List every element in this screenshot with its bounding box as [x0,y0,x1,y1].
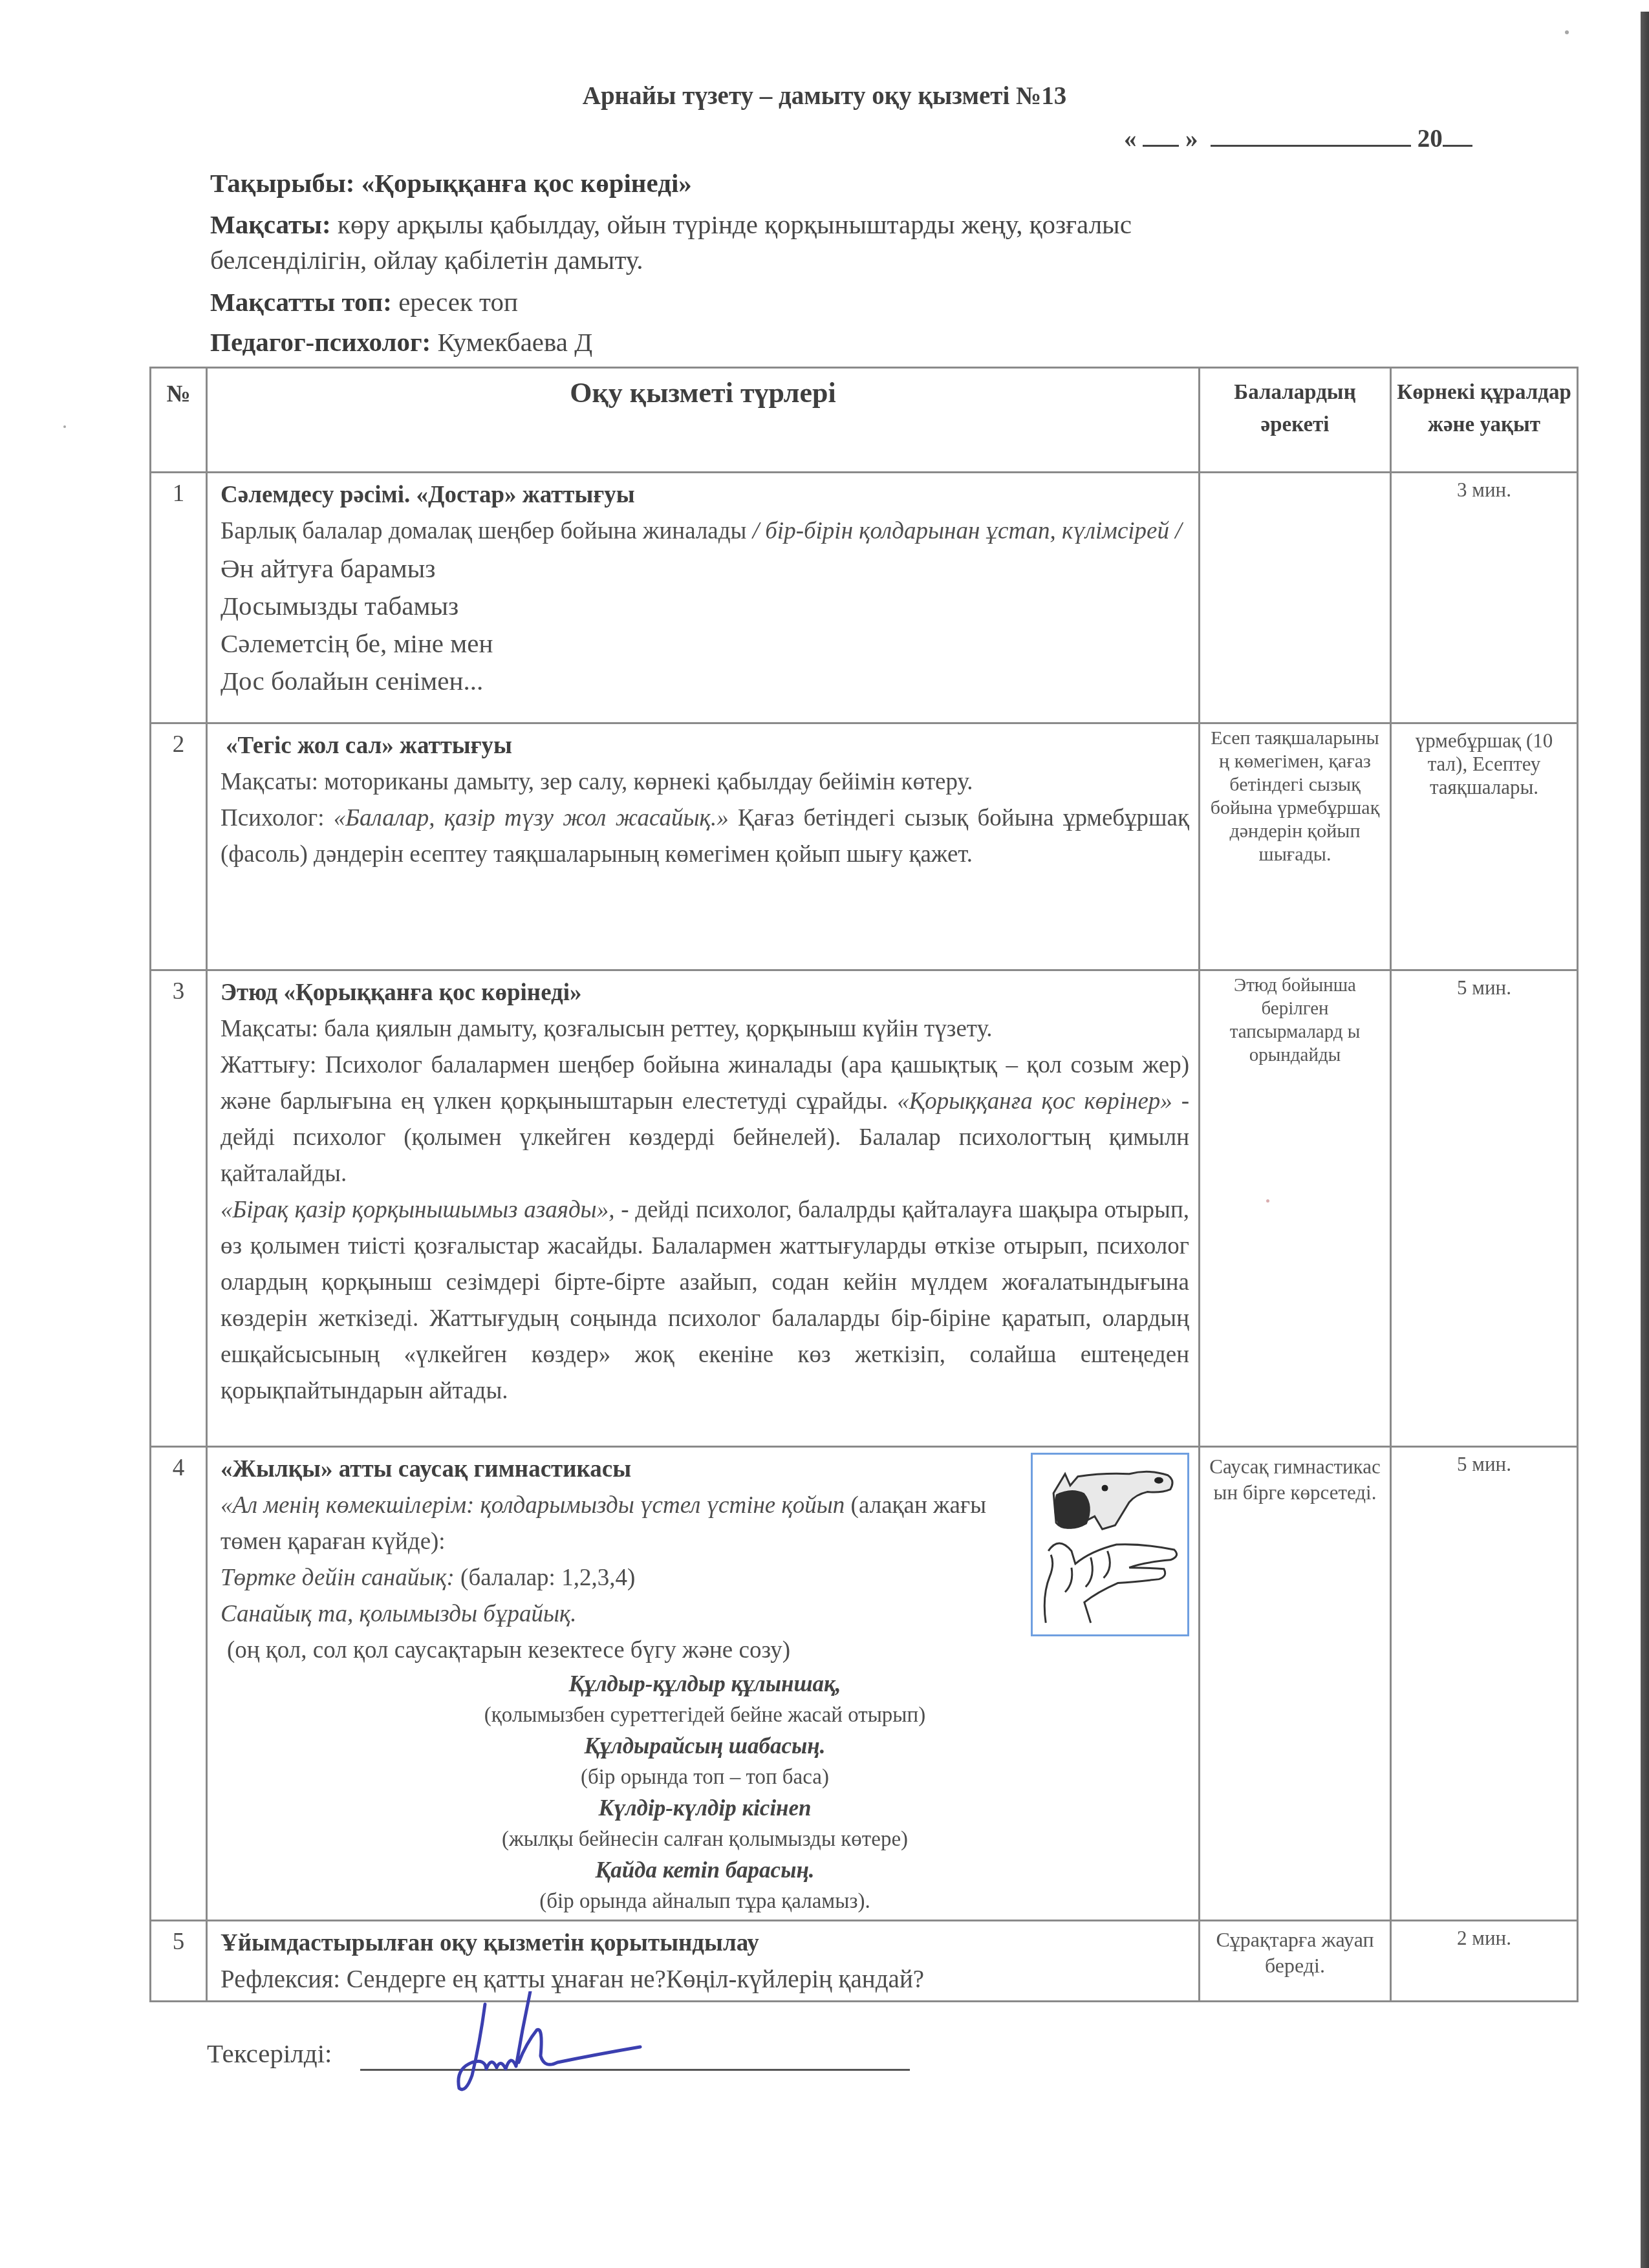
materials-time-cell: 5 мин. [1391,1447,1578,1921]
verse-line: Күлдір-күлдір кісінеп [221,1793,1189,1824]
psychologist-value: Кумекбаева Д [438,327,593,357]
horse-hand-figure [1031,1453,1189,1636]
horse-shadow-icon [1033,1455,1187,1634]
row-heading: «Тегіс жол сал» жаттығуы [221,728,1189,764]
table-row: 5 Ұйымдастырылған оқу қызметін қорытынды… [151,1921,1578,2002]
children-activity-cell: Этюд бойынша берілген тапсырмалард ы оры… [1200,970,1391,1447]
scan-edge [1641,12,1649,2268]
row-goal: Мақсаты: моториканы дамыту, зер салу, кө… [221,764,1189,800]
day-blank[interactable] [1143,123,1179,147]
date-close-quote: » [1185,125,1198,153]
goal-value-cont: белсенділігін, ойлау қабілетін дамыту. [210,245,643,275]
verse-note: (бір орында топ – топ баса) [221,1762,1189,1793]
date-open-quote: « [1124,125,1137,153]
table-row: 2 «Тегіс жол сал» жаттығуы Мақсаты: мото… [151,723,1578,970]
topic-line: Тақырыбы: «Қорыққанға қос көрінеді» [210,166,692,201]
year-blank[interactable] [1443,123,1472,147]
month-blank[interactable] [1211,123,1411,147]
row-number: 5 [151,1921,207,2002]
table-header-row: № Оқу қызметі түрлері Балалардың әрекеті… [151,368,1578,473]
row-heading: Этюд «Қорыққанға қос көрінеді» [221,975,1189,1011]
row-number: 4 [151,1447,207,1921]
psychologist-label: Педагог-психолог: [210,327,431,357]
checked-label: Тексерілді: [207,2038,332,2069]
row-content: Ұйымдастырылған оқу қызметін қорытындыла… [207,1921,1200,2002]
row-heading: Ұйымдастырылған оқу қызметін қорытындыла… [221,1925,1189,1962]
materials-time-cell: 5 мин. [1391,970,1578,1447]
table-row: 4 «Жылқы» атты саусақ гимнастикасы «Ал м… [151,1447,1578,1921]
verse-note: (жылқы бейнесін салған қолымызды көтере) [221,1824,1189,1855]
verse-line: Сәлеметсің бе, міне мен [221,625,1189,662]
goal-value: көру арқылы қабылдау, ойын түрінде қорқы… [338,209,1132,239]
date-field: « » 20 [1124,123,1472,153]
verse-line: Ән айтуға барамыз [221,550,1189,587]
row-text: Жаттығу: Психолог балалармен шеңбер бойы… [221,1047,1189,1192]
children-activity-cell [1200,473,1391,723]
target-group-value: ересек топ [398,287,518,317]
year-prefix: 20 [1417,125,1443,153]
goal-label: Мақсаты: [210,209,331,239]
header-number: № [151,368,207,473]
topic-label: Тақырыбы: [210,168,354,198]
lesson-plan-table: № Оқу қызметі түрлері Балалардың әрекеті… [149,367,1579,2002]
header-materials-time: Көрнекі құралдар және уақыт [1391,368,1578,473]
document-title: Арнайы түзету – дамыту оқу қызметі №13 [0,81,1649,111]
row-content: «Тегіс жол сал» жаттығуы Мақсаты: мотори… [207,723,1200,970]
materials-time-cell: үрмебұршақ (10 тал), Есептеу таяқшалары. [1391,723,1578,970]
verse-block: Құлдыр-құлдыр құлыншақ, (қолымызбен суре… [221,1669,1189,1917]
row-content: Этюд «Қорыққанға қос көрінеді» Мақсаты: … [207,970,1200,1447]
verse-line: Құлдыр-құлдыр құлыншақ, [221,1669,1189,1700]
row-heading: Сәлемдесу рәсімі. «Достар» жаттығуы [221,477,1189,513]
goal-line: Мақсаты: көру арқылы қабылдау, ойын түрі… [210,207,1132,278]
verse-note: (бір орында айналып тұра қаламыз). [221,1886,1189,1917]
header-activity-types: Оқу қызметі түрлері [207,368,1200,473]
row-text: Психолог: «Балалар, қазір түзу жол жасай… [221,800,1189,873]
signature-icon [446,1991,718,2101]
scan-speck [63,425,66,428]
row-number: 1 [151,473,207,723]
materials-time-cell: 2 мин. [1391,1921,1578,2002]
row-text: «Бірақ қазір қорқынышымыз азаяды», - дей… [221,1192,1189,1409]
table-row: 3 Этюд «Қорыққанға қос көрінеді» Мақсаты… [151,970,1578,1447]
scan-speck [1565,30,1569,34]
verse-line: Құлдырайсың шабасың. [221,1731,1189,1762]
materials-time-cell: 3 мин. [1391,473,1578,723]
verse-note: (қолымызбен суреттегідей бейне жасай оты… [221,1700,1189,1731]
row-content: «Жылқы» атты саусақ гимнастикасы «Ал мен… [207,1447,1200,1921]
row-goal: Мақсаты: бала қиялын дамыту, қозғалысын … [221,1011,1189,1047]
verse-line: Қайда кетіп барасың. [221,1855,1189,1886]
children-activity-cell: Есеп таяқшаларыны ң көмегімен, қағаз бет… [1200,723,1391,970]
row-content: Сәлемдесу рәсімі. «Достар» жаттығуы Барл… [207,473,1200,723]
psychologist-line: Педагог-психолог: Кумекбаева Д [210,325,592,360]
children-activity-cell: Сұрақтарға жауап береді. [1200,1921,1391,2002]
children-activity-cell: Саусақ гимнастикас ын бірге көрсетеді. [1200,1447,1391,1921]
target-group-line: Мақсатты топ: ересек топ [210,284,518,320]
row-text: Барлық балалар домалақ шеңбер бойына жин… [221,513,1189,550]
topic-value: «Қорыққанға қос көрінеді» [361,168,692,198]
target-group-label: Мақсатты топ: [210,287,392,317]
row-number: 3 [151,970,207,1447]
table-row: 1 Сәлемдесу рәсімі. «Достар» жаттығуы Ба… [151,473,1578,723]
verse-line: Дос болайын сенімен... [221,662,1189,700]
header-children-activity: Балалардың әрекеті [1200,368,1391,473]
verse-line: Досымызды табамыз [221,587,1189,625]
row-number: 2 [151,723,207,970]
